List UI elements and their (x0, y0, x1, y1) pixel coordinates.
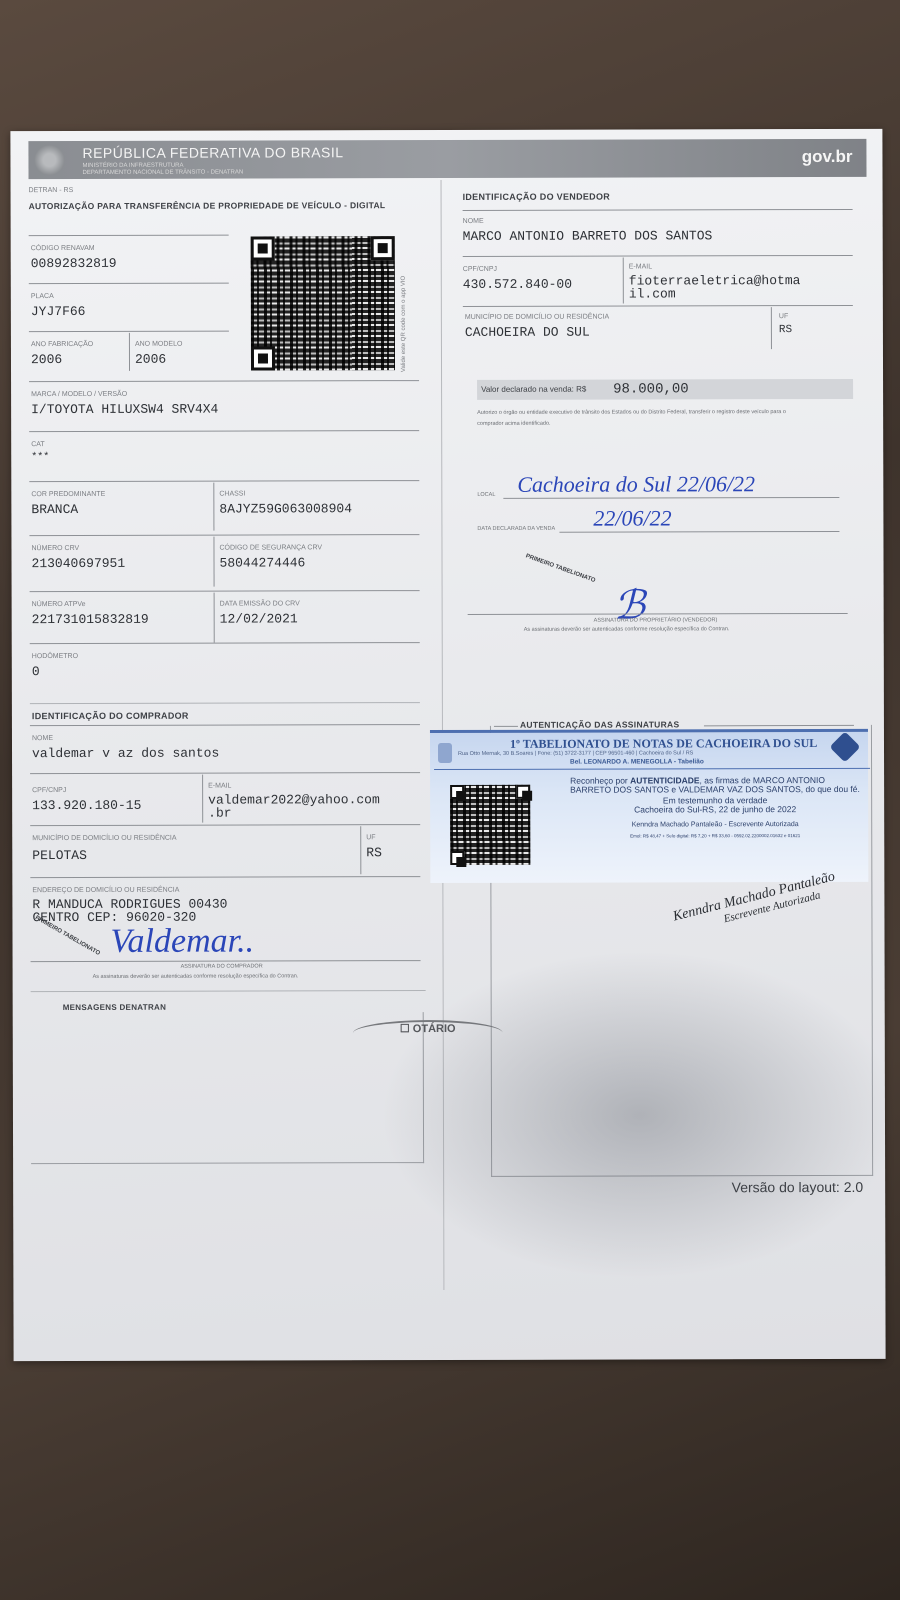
field-ano-modelo: ANO MODELO 2006 (135, 341, 183, 367)
field-chassi: CHASSI 8AJYZ59G063008904 (219, 490, 352, 516)
local-label: LOCAL (477, 492, 495, 498)
field-seller-municipio: MUNICÍPIO DE DOMICÍLIO OU RESIDÊNCIA CAC… (465, 314, 609, 340)
seller-signature-label: ASSINATURA DO PROPRIETÁRIO (VENDEDOR) (594, 617, 718, 623)
sale-date-label: DATA DECLARADA DA VENDA (477, 526, 555, 532)
seller-heading: IDENTIFICAÇÃO DO VENDEDOR (463, 192, 611, 202)
field-marca-modelo: MARCA / MODELO / VERSÃO I/TOYOTA HILUXSW… (31, 391, 218, 417)
issuer: DETRAN - RS (29, 187, 74, 194)
field-renavam: CÓDIGO RENAVAM 00892832819 (31, 245, 117, 271)
field-seller-cpf: CPF/CNPJ 430.572.840-00 (463, 266, 572, 292)
buyer-heading: IDENTIFICAÇÃO DO COMPRADOR (32, 711, 189, 721)
field-buyer-email: E-MAIL valdemar2022@yahoo.com .br (208, 782, 380, 819)
field-hodometro: HODÔMETRO 0 (32, 653, 78, 679)
messages-heading: MENSAGENS DENATRAN (63, 1003, 167, 1012)
banner-country: REPÚBLICA FEDERATIVA DO BRASIL (82, 144, 343, 161)
declared-value-box: Valor declarado na venda: R$ 98.000,00 (477, 379, 853, 400)
field-placa: PLACA JYJ7F66 (31, 293, 86, 319)
notary-statement: Reconheço por AUTENTICIDADE, as firmas d… (570, 776, 860, 841)
field-seller-email: E-MAIL fioterraeletrica@hotma il.com (629, 263, 801, 300)
field-ano-fabricacao: ANO FABRICAÇÃO 2006 (31, 341, 93, 367)
field-numero-crv: NÚMERO CRV 213040697951 (31, 545, 125, 571)
authorization-text: Autorizo o órgão ou entidade executivo d… (477, 407, 807, 430)
field-cat: CAT *** (31, 441, 49, 463)
document-title: AUTORIZAÇÃO PARA TRANSFERÊNCIA DE PROPRI… (29, 200, 386, 211)
qr-caption: Valide este QR code com o app VIO (401, 242, 411, 372)
qr-code-vehicle (251, 236, 395, 370)
buyer-signature-note: As assinaturas deverão ser autenticadas … (93, 973, 299, 980)
rs-logo-icon (829, 731, 860, 762)
gov-banner: REPÚBLICA FEDERATIVA DO BRASIL MINISTÉRI… (28, 139, 866, 179)
vehicle-section: DETRAN - RS AUTORIZAÇÃO PARA TRANSFERÊNC… (29, 182, 424, 183)
field-buyer-nome: NOME valdemar v az dos santos (32, 735, 219, 761)
gov-br-logo: gov.br (802, 147, 853, 167)
qr-code-notary (450, 785, 530, 865)
local-value: Cachoeira do Sul 22/06/22 (517, 471, 755, 498)
layout-version: Versão do layout: 2.0 (732, 1179, 864, 1195)
brasil-coat-of-arms-icon (34, 145, 64, 175)
buyer-signature-label: ASSINATURA DO COMPRADOR (181, 963, 263, 969)
notary-emblem-icon (438, 743, 452, 763)
seller-notary-arrow: PRIMEIRO TABELIONATO (525, 553, 596, 584)
field-buyer-endereco: ENDEREÇO DE DOMICÍLIO OU RESIDÊNCIA R MA… (32, 887, 227, 925)
field-numero-atpve: NÚMERO ATPVe 221731015832819 (32, 601, 149, 627)
field-cor: COR PREDOMINANTE BRANCA (31, 491, 105, 517)
notary-stamp: 1º TABELIONATO DE NOTAS DE CACHOEIRA DO … (430, 729, 868, 883)
field-codigo-seguranca: CÓDIGO DE SEGURANÇA CRV 58044274446 (219, 544, 322, 570)
field-buyer-uf: UF RS (366, 834, 382, 860)
seller-section: IDENTIFICAÇÃO DO VENDEDOR NOME MARCO ANT… (463, 181, 863, 182)
seller-signature-note: As assinaturas deverão ser autenticadas … (524, 626, 730, 633)
field-seller-uf: UF RS (779, 313, 792, 336)
document-sheet: REPÚBLICA FEDERATIVA DO BRASIL MINISTÉRI… (10, 129, 885, 1361)
declared-value: 98.000,00 (613, 381, 689, 397)
notary-seal-stamp: ☐ OTÁRIO (353, 1020, 503, 1046)
sale-date-value: 22/06/22 (593, 505, 671, 531)
banner-subtitle: MINISTÉRIO DA INFRAESTRUTURA DEPARTAMENT… (82, 163, 243, 177)
field-seller-nome: NOME MARCO ANTONIO BARRETO DOS SANTOS (463, 217, 713, 244)
field-buyer-municipio: MUNICÍPIO DE DOMICÍLIO OU RESIDÊNCIA PEL… (32, 835, 176, 863)
field-data-emissao-crv: DATA EMISSÃO DO CRV 12/02/2021 (220, 600, 300, 626)
buyer-signature: Valdemar.. (110, 923, 254, 961)
field-buyer-cpf: CPF/CNPJ 133.920.180-15 (32, 787, 141, 813)
